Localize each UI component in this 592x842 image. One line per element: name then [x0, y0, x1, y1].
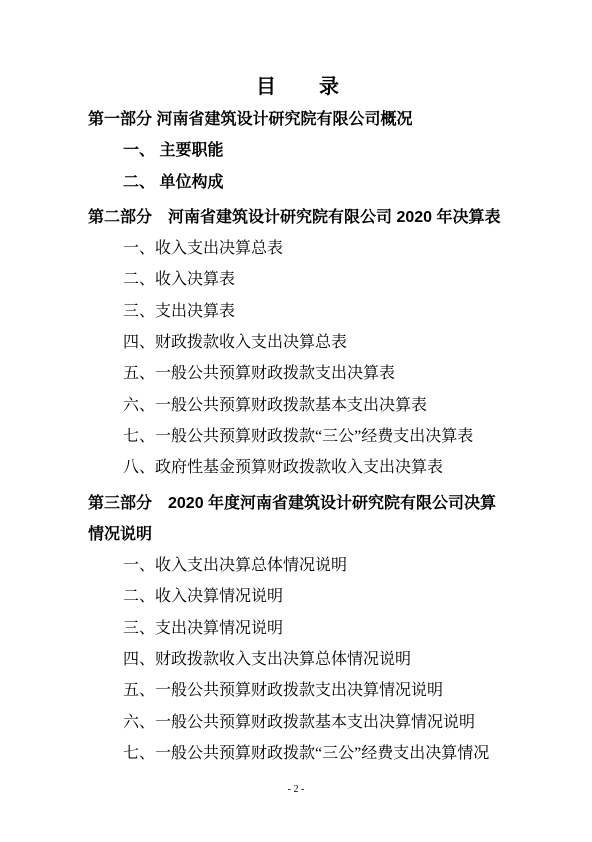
document-page: 目 录 第一部分 河南省建筑设计研究院有限公司概况 一、 主要职能 二、 单位构… [0, 0, 592, 842]
toc-item-part3-4: 四、财政拨款收入支出决算总体情况说明 [88, 644, 508, 675]
part2-heading: 第二部分 河南省建筑设计研究院有限公司 2020 年决算表 [88, 202, 508, 233]
toc-item-part2-8: 八、政府性基金预算财政拨款收入支出决算表 [88, 452, 508, 483]
toc-item-part3-5: 五、一般公共预算财政拨款支出决算情况说明 [88, 675, 508, 706]
toc-item-part2-5: 五、一般公共预算财政拨款支出决算表 [88, 358, 508, 389]
toc-item-part3-7: 七、一般公共预算财政拨款“三公”经费支出决算情况 [88, 738, 508, 769]
toc-title: 目 录 [88, 74, 508, 100]
toc-item-part3-1: 一、收入支出决算总体情况说明 [88, 550, 508, 581]
part3-heading-line2: 情况说明 [88, 519, 508, 550]
toc-item-part2-1: 一、收入支出决算总表 [88, 233, 508, 264]
toc-item-part2-7: 七、一般公共预算财政拨款“三公”经费支出决算表 [88, 421, 508, 452]
part1-heading: 第一部分 河南省建筑设计研究院有限公司概况 [88, 104, 508, 135]
toc-content: 目 录 第一部分 河南省建筑设计研究院有限公司概况 一、 主要职能 二、 单位构… [88, 74, 508, 769]
toc-item-part3-3: 三、支出决算情况说明 [88, 613, 508, 644]
page-number: - 2 - [0, 784, 592, 795]
toc-item-part2-4: 四、财政拨款收入支出决算总表 [88, 327, 508, 358]
toc-item-part3-6: 六、一般公共预算财政拨款基本支出决算情况说明 [88, 707, 508, 738]
toc-item-part2-3: 三、支出决算表 [88, 296, 508, 327]
toc-item-part1-2: 二、 单位构成 [88, 167, 508, 198]
toc-item-part1-1: 一、 主要职能 [88, 135, 508, 166]
part3-heading-line1: 第三部分 2020 年度河南省建筑设计研究院有限公司决算 [88, 488, 508, 519]
toc-item-part3-2: 二、收入决算情况说明 [88, 581, 508, 612]
toc-item-part2-2: 二、收入决算表 [88, 264, 508, 295]
toc-item-part2-6: 六、一般公共预算财政拨款基本支出决算表 [88, 390, 508, 421]
